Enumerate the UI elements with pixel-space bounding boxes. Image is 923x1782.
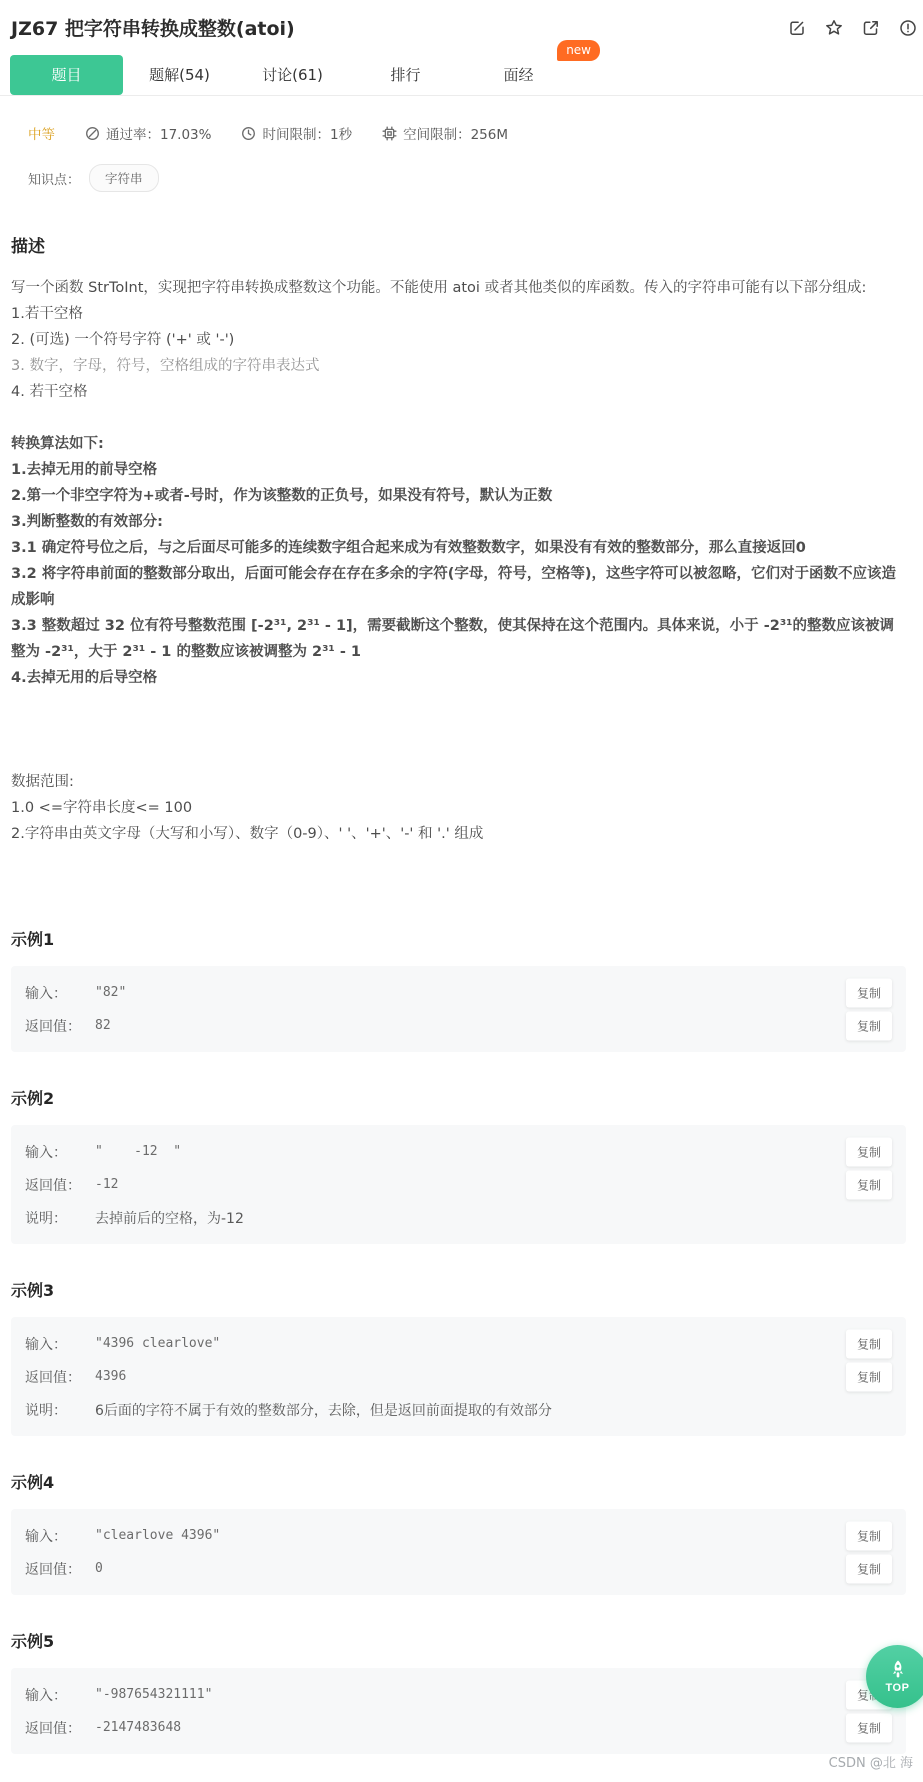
watermark: CSDN @北 海 <box>829 1752 913 1771</box>
tab-5[interactable]: 面经new <box>462 55 575 95</box>
row-label: 返回值： <box>25 1718 95 1738</box>
row-label: 返回值： <box>25 1175 95 1195</box>
copy-button[interactable]: 复制 <box>846 1521 892 1550</box>
example-row: 输入："4396 clearlove"复制 <box>25 1327 892 1360</box>
example-2: 示例2输入：" -12 "复制返回值：-12复制说明：去掉前后的空格，为-12 <box>11 1086 906 1244</box>
memory-limit-text: 空间限制：256M <box>403 123 508 143</box>
description-line: 3.2 将字符串前面的整数部分取出，后面可能会存在存在多余的字符(字母，符号，空… <box>11 561 906 613</box>
report-icon[interactable] <box>899 19 917 37</box>
tab-label: 题解(54) <box>149 66 210 84</box>
page-title: JZ67 把字符串转换成整数(atoi) <box>11 14 295 41</box>
tab-label: 面经 <box>503 66 533 84</box>
star-icon[interactable] <box>825 19 843 37</box>
description-line: 1.去掉无用的前导空格 <box>11 457 906 483</box>
tab-label: 排行 <box>390 66 420 84</box>
example-heading: 示例1 <box>11 927 906 950</box>
description-body: 写一个函数 StrToInt，实现把字符串转换成整数这个功能。不能使用 atoi… <box>11 275 906 847</box>
knowledge-tag[interactable]: 字符串 <box>89 164 159 192</box>
row-value: -12 <box>95 1177 118 1192</box>
row-value: "82" <box>95 985 126 1000</box>
row-value: -2147483648 <box>95 1720 181 1735</box>
example-row: 返回值：-2147483648复制 <box>25 1711 892 1744</box>
description-line: 3.判断整数的有效部分: <box>11 509 906 535</box>
copy-button[interactable]: 复制 <box>846 1137 892 1166</box>
row-value: 4396 <box>95 1369 126 1384</box>
copy-button[interactable]: 复制 <box>846 978 892 1007</box>
clock-icon <box>241 126 256 141</box>
examples: 示例1输入："82"复制返回值：82复制示例2输入：" -12 "复制返回值：-… <box>0 927 923 1754</box>
description-line: 转换算法如下: <box>11 431 906 457</box>
tab-label: 讨论(61) <box>262 66 323 84</box>
description-line: 3. 数字，字母，符号，空格组成的字符串表达式 <box>11 353 906 379</box>
new-badge: new <box>557 40 600 61</box>
knowledge-row: 知识点： 字符串 <box>0 164 923 192</box>
description-line: 1.若干空格 <box>11 301 906 327</box>
example-panel: 输入："82"复制返回值：82复制 <box>11 966 906 1052</box>
example-panel: 输入："4396 clearlove"复制返回值：4396复制说明：6后面的字符… <box>11 1317 906 1436</box>
share-icon[interactable] <box>862 19 880 37</box>
description-line: 2.第一个非空字符为+或者-号时，作为该整数的正负号，如果没有符号，默认为正数 <box>11 483 906 509</box>
row-value: "clearlove 4396" <box>95 1528 220 1543</box>
row-label: 输入： <box>25 1142 95 1162</box>
row-label: 说明： <box>25 1208 95 1228</box>
example-row: 输入："82"复制 <box>25 976 892 1009</box>
row-label: 说明： <box>25 1400 95 1420</box>
copy-button[interactable]: 复制 <box>846 1554 892 1583</box>
time-limit-text: 时间限制：1秒 <box>262 123 352 143</box>
example-row: 输入："-987654321111"复制 <box>25 1678 892 1711</box>
row-label: 输入： <box>25 1334 95 1354</box>
example-row: 返回值：82复制 <box>25 1009 892 1042</box>
description-line <box>11 691 906 769</box>
row-label: 输入： <box>25 1526 95 1546</box>
description-heading: 描述 <box>11 232 906 257</box>
topbar: JZ67 把字符串转换成整数(atoi) <box>0 0 923 41</box>
edit-icon[interactable] <box>788 19 806 37</box>
time-limit: 时间限制：1秒 <box>241 123 352 143</box>
example-row: 输入："clearlove 4396"复制 <box>25 1519 892 1552</box>
meta-row: 中等 通过率：17.03% 时间限制：1秒 空间限制：256M <box>0 123 923 143</box>
row-value: 0 <box>95 1561 103 1576</box>
memory-limit: 空间限制：256M <box>382 123 508 143</box>
pass-rate-icon <box>85 126 100 141</box>
row-label: 输入： <box>25 983 95 1003</box>
row-label: 返回值： <box>25 1367 95 1387</box>
rocket-icon <box>887 1659 909 1681</box>
difficulty-badge: 中等 <box>28 123 55 143</box>
description-line: 2. (可选) 一个符号字符 ('+' 或 '-') <box>11 327 906 353</box>
description-line: 4. 若干空格 <box>11 379 906 405</box>
tab-3[interactable]: 讨论(61) <box>236 55 349 95</box>
row-value: "4396 clearlove" <box>95 1336 220 1351</box>
copy-button[interactable]: 复制 <box>846 1713 892 1742</box>
description-line <box>11 405 906 431</box>
tab-label: 题目 <box>51 66 81 84</box>
example-heading: 示例2 <box>11 1086 906 1109</box>
description-section: 描述 写一个函数 StrToInt，实现把字符串转换成整数这个功能。不能使用 a… <box>0 232 923 847</box>
header-actions <box>788 19 917 37</box>
pass-rate: 通过率：17.03% <box>85 123 211 143</box>
example-panel: 输入：" -12 "复制返回值：-12复制说明：去掉前后的空格，为-12 <box>11 1125 906 1244</box>
description-line: 3.1 确定符号位之后，与之后面尽可能多的连续数字组合起来成为有效整数数字，如果… <box>11 535 906 561</box>
row-value: 82 <box>95 1018 111 1033</box>
row-value: " -12 " <box>95 1144 181 1159</box>
tab-2[interactable]: 题解(54) <box>123 55 236 95</box>
problem-page: JZ67 把字符串转换成整数(atoi) 题目题解(54)讨论(61)排行面经n… <box>0 0 923 1782</box>
chip-icon <box>382 126 397 141</box>
row-label: 返回值： <box>25 1016 95 1036</box>
description-line: 2.字符串由英文字母（大写和小写）、数字（0-9）、' '、'+'、'-' 和 … <box>11 821 906 847</box>
example-panel: 输入："-987654321111"复制返回值：-2147483648复制 <box>11 1668 906 1754</box>
description-line: 3.3 整数超过 32 位有符号整数范围 [-2³¹, 2³¹ - 1]，需要截… <box>11 613 906 665</box>
description-line: 数据范围: <box>11 769 906 795</box>
example-1: 示例1输入："82"复制返回值：82复制 <box>11 927 906 1052</box>
knowledge-label: 知识点： <box>28 169 80 188</box>
example-row: 返回值：0复制 <box>25 1552 892 1585</box>
row-value: 6后面的字符不属于有效的整数部分，去除，但是返回前面提取的有效部分 <box>95 1400 552 1420</box>
example-5: 示例5输入："-987654321111"复制返回值：-2147483648复制 <box>11 1629 906 1754</box>
tab-4[interactable]: 排行 <box>349 55 462 95</box>
example-heading: 示例5 <box>11 1629 906 1652</box>
description-line: 4.去掉无用的后导空格 <box>11 665 906 691</box>
copy-button[interactable]: 复制 <box>846 1011 892 1040</box>
example-4: 示例4输入："clearlove 4396"复制返回值：0复制 <box>11 1470 906 1595</box>
example-heading: 示例4 <box>11 1470 906 1493</box>
description-line: 1.0 <=字符串长度<= 100 <box>11 795 906 821</box>
example-row: 输入：" -12 "复制 <box>25 1135 892 1168</box>
back-to-top-button[interactable]: TOP <box>866 1645 923 1708</box>
row-value: "-987654321111" <box>95 1687 212 1702</box>
copy-button[interactable]: 复制 <box>846 1362 892 1391</box>
copy-button[interactable]: 复制 <box>846 1329 892 1358</box>
example-row: 返回值：4396复制 <box>25 1360 892 1393</box>
row-label: 返回值： <box>25 1559 95 1579</box>
example-row: 说明：6后面的字符不属于有效的整数部分，去除，但是返回前面提取的有效部分 <box>25 1393 892 1426</box>
example-heading: 示例3 <box>11 1278 906 1301</box>
row-label: 输入： <box>25 1685 95 1705</box>
copy-button[interactable]: 复制 <box>846 1170 892 1199</box>
tab-1[interactable]: 题目 <box>10 55 123 95</box>
example-row: 返回值：-12复制 <box>25 1168 892 1201</box>
row-value: 去掉前后的空格，为-12 <box>95 1208 244 1228</box>
example-3: 示例3输入："4396 clearlove"复制返回值：4396复制说明：6后面… <box>11 1278 906 1436</box>
example-row: 说明：去掉前后的空格，为-12 <box>25 1201 892 1234</box>
top-button-label: TOP <box>886 1682 910 1694</box>
pass-rate-text: 通过率：17.03% <box>106 123 211 143</box>
example-panel: 输入："clearlove 4396"复制返回值：0复制 <box>11 1509 906 1595</box>
description-line: 写一个函数 StrToInt，实现把字符串转换成整数这个功能。不能使用 atoi… <box>11 275 906 301</box>
tab-bar: 题目题解(54)讨论(61)排行面经new <box>0 55 923 96</box>
